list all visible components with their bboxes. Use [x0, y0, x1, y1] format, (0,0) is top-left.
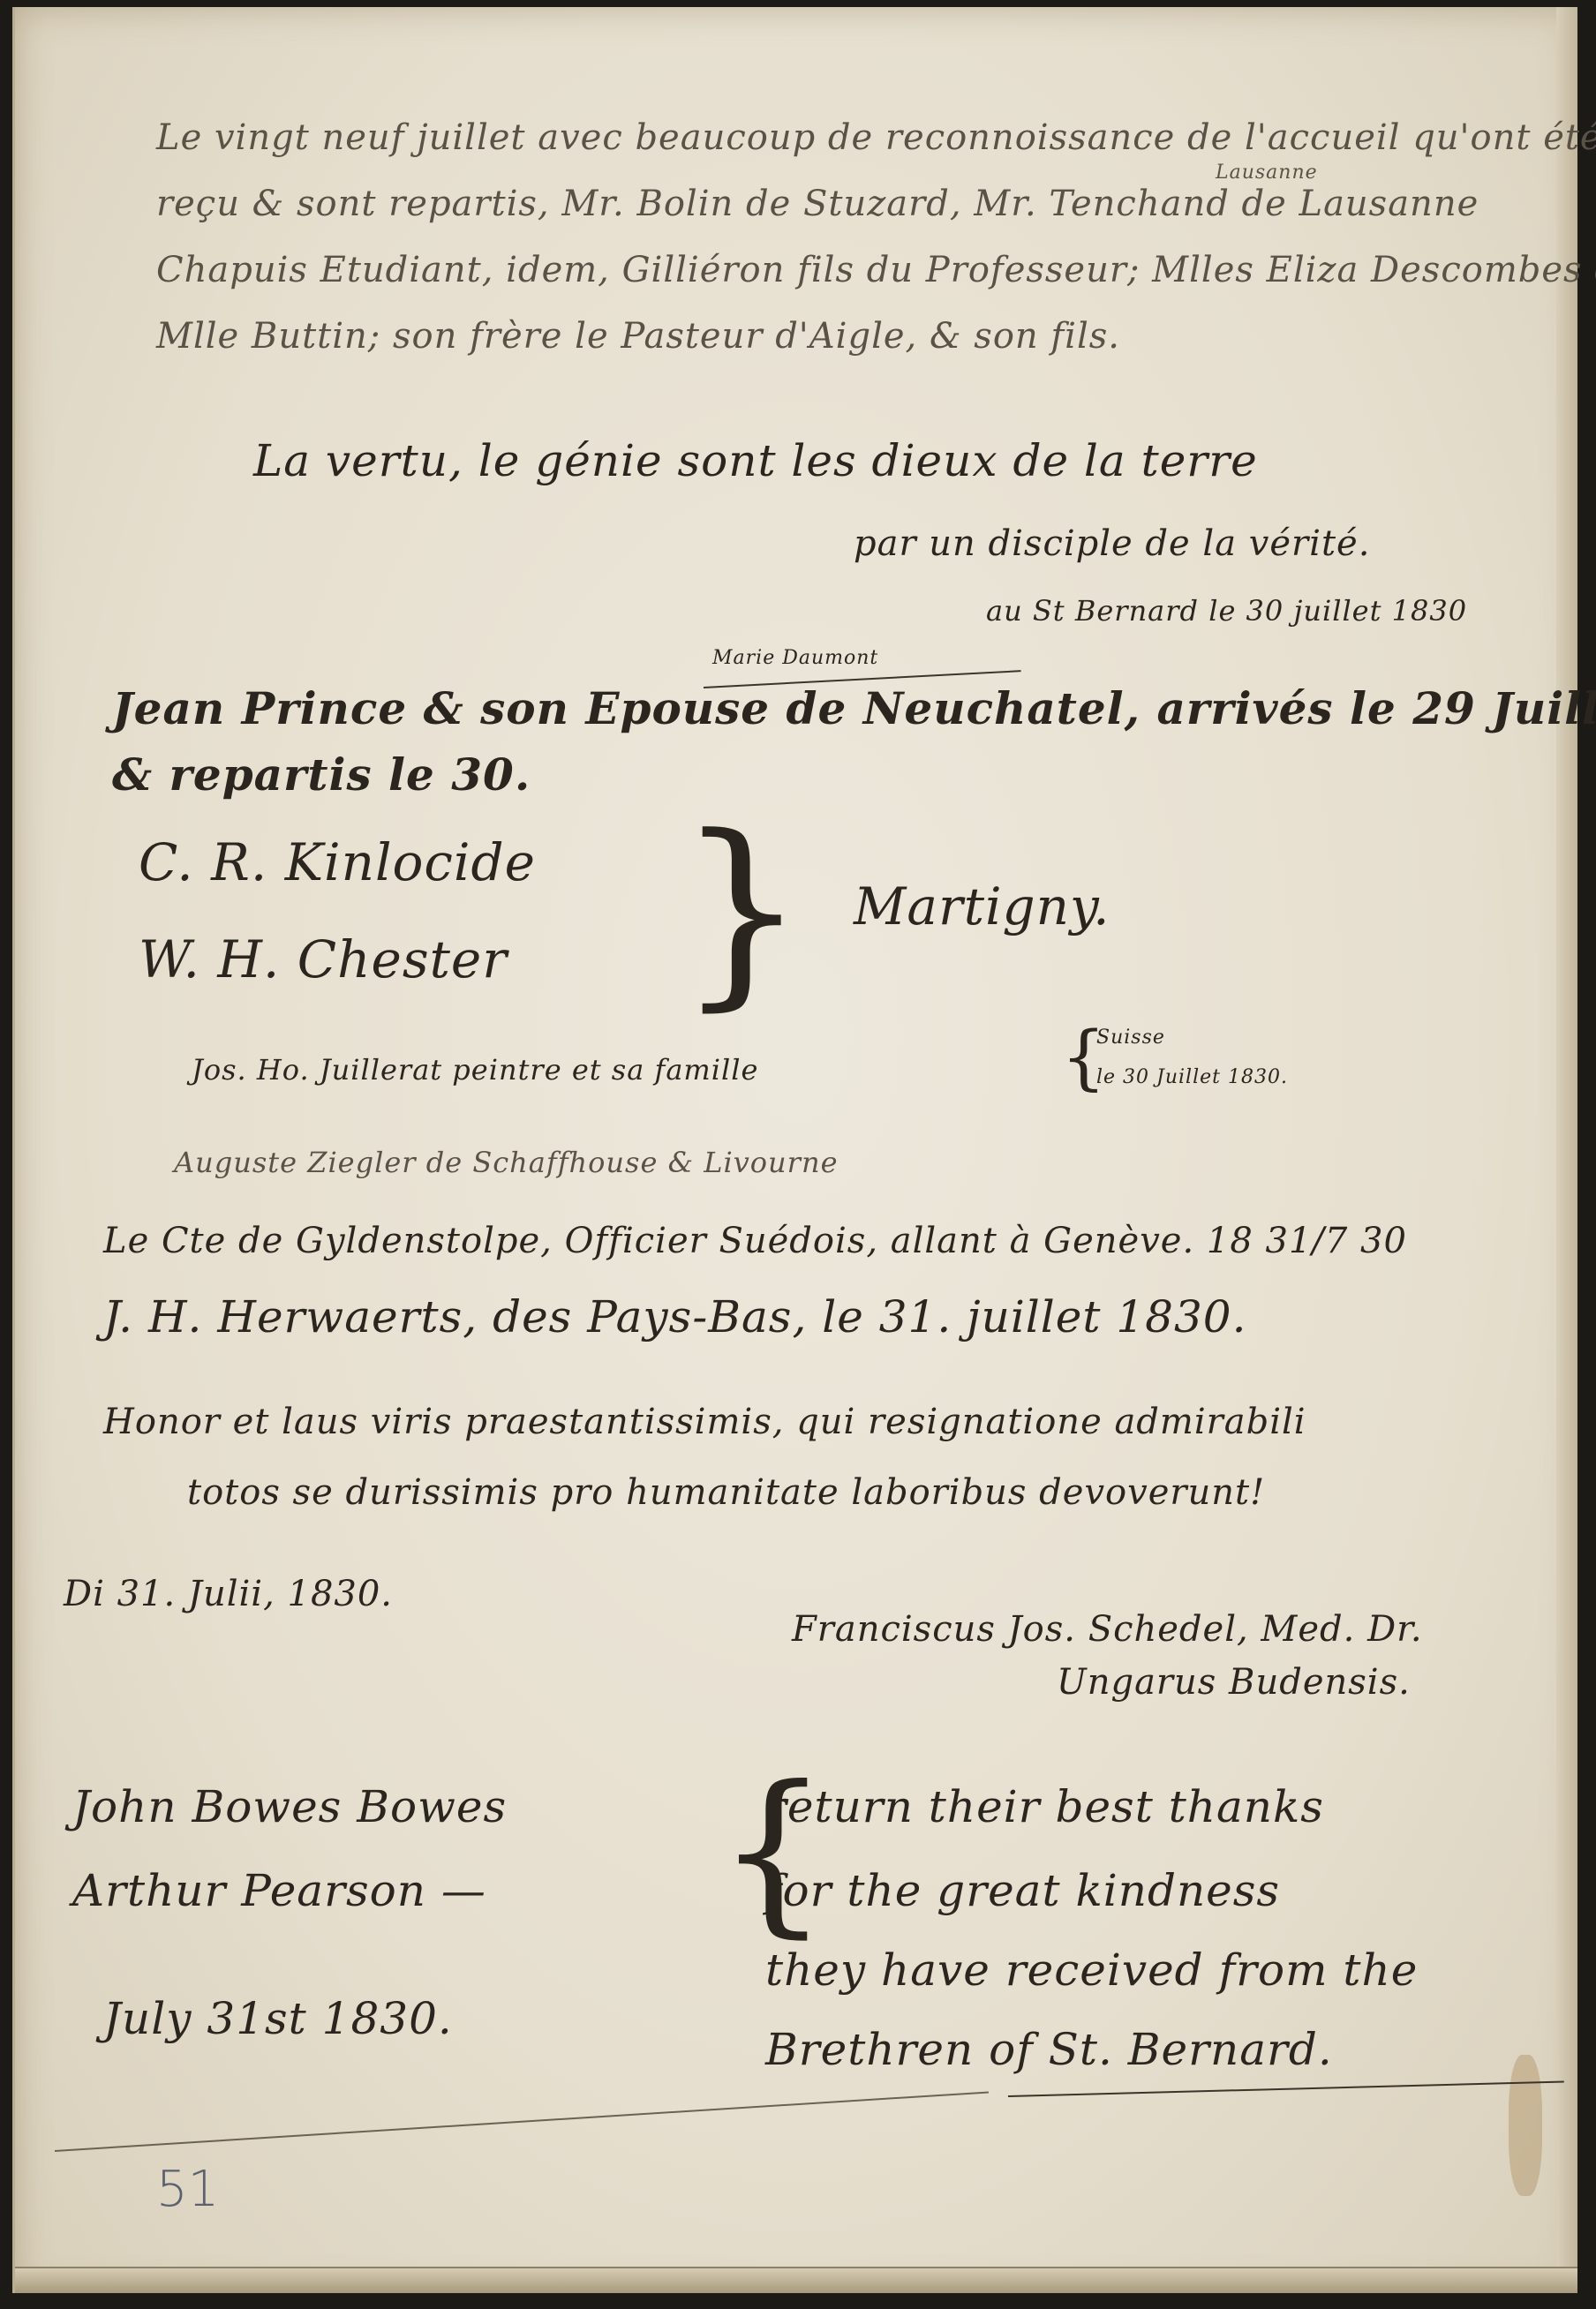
- signature: Ungarus Budensis.: [1057, 1662, 1411, 1703]
- signature: Franciscus Jos. Schedel, Med. Dr.: [792, 1609, 1423, 1650]
- page-edge-bottom: [15, 2267, 1577, 2293]
- closing-rule: [1008, 2081, 1564, 2097]
- entry-date: au St Bernard le 30 juillet 1830: [986, 594, 1467, 628]
- entry-line: Jean Prince & son Epouse de Neuchatel, a…: [112, 682, 1596, 734]
- brace-mark: }: [677, 810, 806, 1013]
- message-line: Brethren of St. Bernard.: [765, 2024, 1333, 2075]
- entry-line: totos se durissimis pro humanitate labor…: [187, 1472, 1265, 1513]
- message-line: for the great kindness: [765, 1865, 1280, 1916]
- entry-line: reçu & sont repartis, Mr. Bolin de Stuza…: [156, 184, 1479, 224]
- entry-line: Jos. Ho. Juillerat peintre et sa famille: [192, 1053, 758, 1087]
- interlinear-note: Lausanne: [1216, 162, 1318, 184]
- water-stain: [1509, 2055, 1542, 2196]
- entry-line: Chapuis Etudiant, idem, Gilliéron fils d…: [156, 250, 1596, 290]
- signature: C. R. Kinlocide: [139, 832, 536, 892]
- entry-line: Le vingt neuf juillet avec beaucoup de r…: [156, 117, 1596, 158]
- signature: John Bowes Bowes: [72, 1781, 507, 1832]
- signature: W. H. Chester: [139, 929, 508, 989]
- manuscript-page: Le vingt neuf juillet avec beaucoup de r…: [12, 7, 1577, 2293]
- side-note: Suisse: [1096, 1027, 1165, 1049]
- signature: par un disciple de la vérité.: [854, 523, 1370, 564]
- entry-date: July 31st 1830.: [103, 1993, 453, 2044]
- entry-line: J. H. Herwaerts, des Pays-Bas, le 31. ju…: [103, 1291, 1247, 1343]
- signature: Arthur Pearson —: [72, 1865, 486, 1916]
- message-line: they have received from the: [765, 1944, 1418, 1996]
- message-line: return their best thanks: [765, 1781, 1324, 1832]
- entry-line: Le Cte de Gyldenstolpe, Officier Suédois…: [103, 1221, 1407, 1261]
- page-edge: [1556, 7, 1577, 2293]
- page-number: 51: [156, 2161, 219, 2218]
- side-note: le 30 Juillet 1830.: [1096, 1066, 1288, 1088]
- entry-line: Mlle Buttin; son frère le Pasteur d'Aigl…: [156, 316, 1120, 357]
- place-name: Martigny.: [854, 876, 1110, 936]
- interlinear-note: Marie Daumont: [712, 647, 878, 669]
- entry-date: Di 31. Julii, 1830.: [64, 1574, 393, 1614]
- entry-line: Auguste Ziegler de Schaffhouse & Livourn…: [174, 1146, 839, 1179]
- entry-line: & repartis le 30.: [112, 748, 531, 801]
- entry-line: Honor et laus viris praestantissimis, qu…: [103, 1402, 1306, 1442]
- closing-rule: [55, 2091, 989, 2152]
- motto: La vertu, le génie sont les dieux de la …: [253, 435, 1258, 486]
